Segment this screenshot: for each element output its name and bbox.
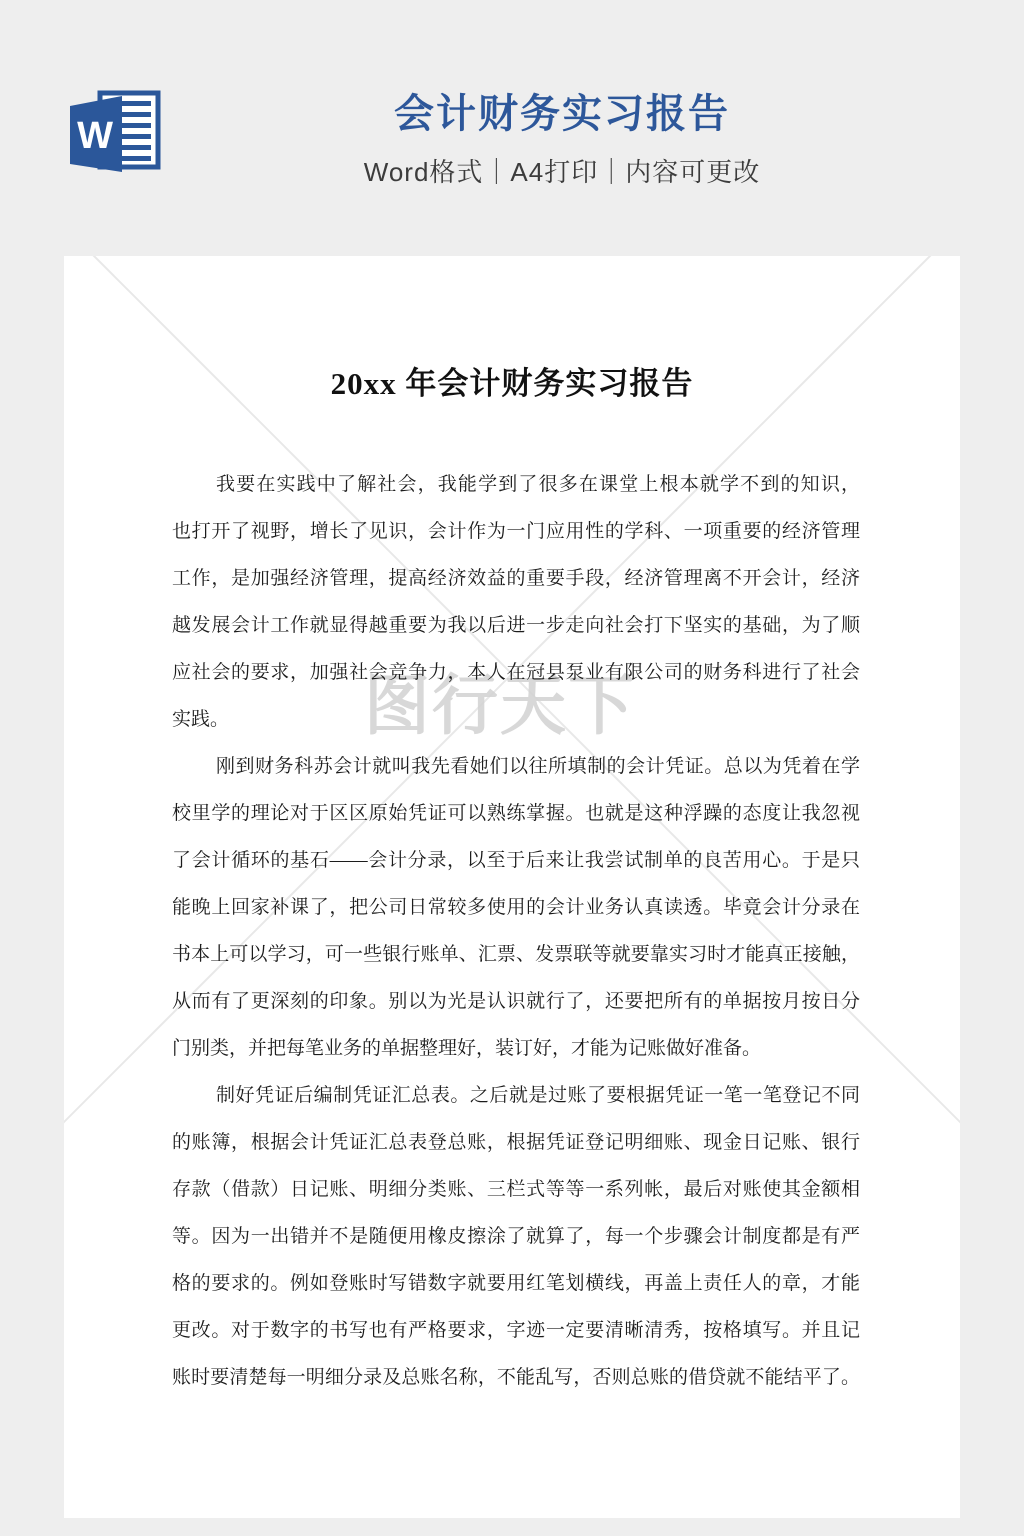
word-icon-letter: W	[77, 115, 113, 157]
document-title: 20xx 年会计财务实习报告	[64, 256, 960, 403]
body-line: 实践。	[172, 696, 860, 743]
body-line: 能晚上回家补课了，把公司日常较多使用的会计业务认真读透。毕竟会计分录在	[172, 884, 860, 931]
body-line: 格的要求的。例如登账时写错数字就要用红笔划横线，再盖上责任人的章，才能	[172, 1260, 860, 1307]
body-line: 账时要清楚每一明细分录及总账名称，不能乱写，否则总账的借贷就不能结平了。	[172, 1354, 860, 1401]
body-line: 书本上可以学习，可一些银行账单、汇票、发票联等就要靠实习时才能真正接触，	[172, 931, 860, 978]
body-line: 应社会的要求，加强社会竞争力，本人在冠县泵业有限公司的财务科进行了社会	[172, 649, 860, 696]
document-body: 我要在实践中了解社会，我能学到了很多在课堂上根本就学不到的知识， 也打开了视野，…	[64, 461, 960, 1401]
body-line: 等。因为一出错并不是随便用橡皮擦涂了就算了，每一个步骤会计制度都是有严	[172, 1213, 860, 1260]
document-page: 图行天下 20xx 年会计财务实习报告 我要在实践中了解社会，我能学到了很多在课…	[64, 256, 960, 1518]
body-line: 我要在实践中了解社会，我能学到了很多在课堂上根本就学不到的知识，	[172, 461, 860, 508]
template-title: 会计财务实习报告	[164, 92, 960, 136]
body-line: 门别类，并把每笔业务的单据整理好，装订好，才能为记账做好准备。	[172, 1025, 860, 1072]
body-line: 校里学的理论对于区区原始凭证可以熟练掌握。也就是这种浮躁的态度让我忽视	[172, 790, 860, 837]
body-line: 了会计循环的基石——会计分录，以至于后来让我尝试制单的良苦用心。于是只	[172, 837, 860, 884]
body-line: 的账簿，根据会计凭证汇总表登总账，根据凭证登记明细账、现金日记账、银行	[172, 1119, 860, 1166]
body-line: 更改。对于数字的书写也有严格要求，字迹一定要清晰清秀，按格填写。并且记	[172, 1307, 860, 1354]
body-line: 工作，是加强经济管理，提高经济效益的重要手段，经济管理离不开会计，经济	[172, 555, 860, 602]
body-line: 存款（借款）日记账、明细分类账、三栏式等等一系列帐，最后对账使其金额相	[172, 1166, 860, 1213]
template-header: W 会计财务实习报告 Word格式｜A4打印｜内容可更改	[0, 0, 1024, 256]
template-subtitle: Word格式｜A4打印｜内容可更改	[164, 152, 960, 189]
header-text-block: 会计财务实习报告 Word格式｜A4打印｜内容可更改	[164, 88, 960, 189]
body-line: 也打开了视野，增长了见识，会计作为一门应用性的学科、一项重要的经济管理	[172, 508, 860, 555]
body-line: 制好凭证后编制凭证汇总表。之后就是过账了要根据凭证一笔一笔登记不同	[172, 1072, 860, 1119]
body-line: 越发展会计工作就显得越重要为我以后进一步走向社会打下坚实的基础，为了顺	[172, 602, 860, 649]
word-document-icon: W	[64, 88, 164, 176]
screenshot-root: { "header": { "title": "会计财务实习报告", "subt…	[0, 0, 1024, 1536]
body-line: 从而有了更深刻的印象。别以为光是认识就行了，还要把所有的单据按月按日分	[172, 978, 860, 1025]
body-line: 刚到财务科苏会计就叫我先看她们以往所填制的会计凭证。总以为凭着在学	[172, 743, 860, 790]
